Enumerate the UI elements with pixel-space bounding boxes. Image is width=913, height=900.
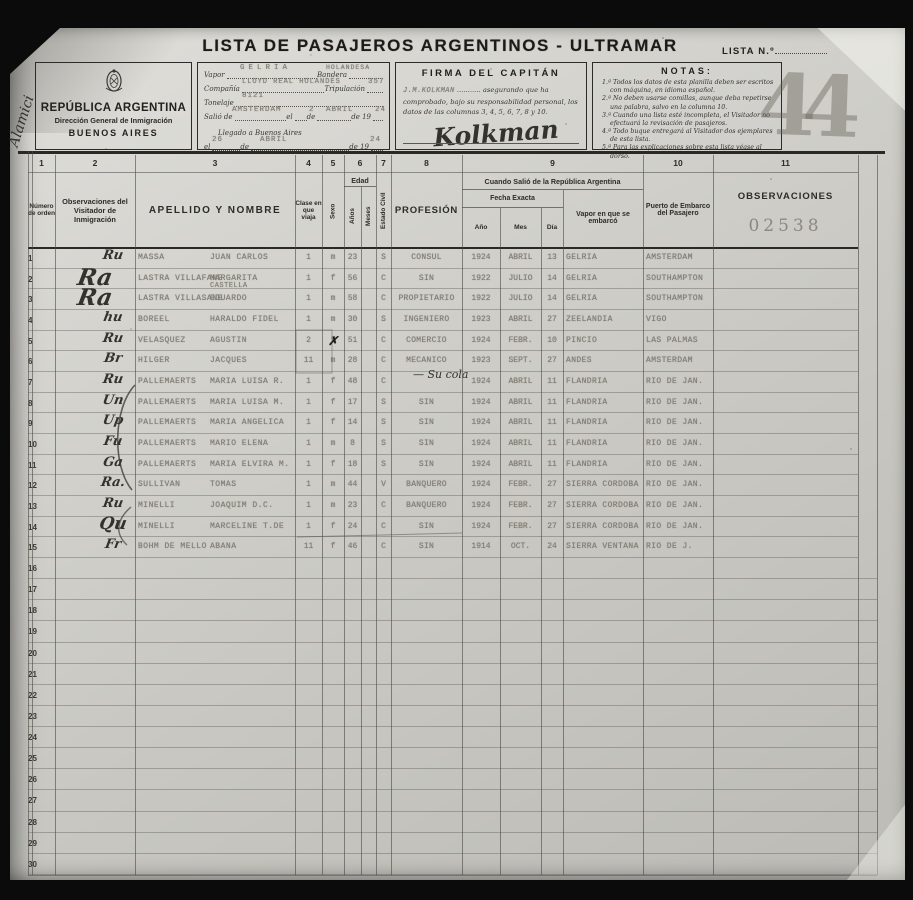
salida-ano: 1914 xyxy=(462,542,500,551)
notas-list: 1.ª Todos los datos de esta planilla deb… xyxy=(598,79,777,161)
form-line-llegado: el de de 19 xyxy=(204,143,383,151)
estado-civil: S xyxy=(376,315,391,324)
salida-mes: ABRIL xyxy=(500,315,541,324)
form-line-compania: Compañía Tripulación xyxy=(204,85,383,93)
table-row: 4 hu BOREEL HARALDO FIDEL 1 m 30 S INGEN… xyxy=(28,310,858,331)
vapor-embarco: SIERRA CORDOBA xyxy=(566,522,639,531)
edad-anos: 24 xyxy=(344,522,361,531)
edad-anos: 17 xyxy=(344,398,361,407)
clase-viaja: 1 xyxy=(295,274,322,283)
scanned-document: LISTA DE PASAJEROS ARGENTINOS - ULTRAMAR… xyxy=(0,0,913,900)
visitador-mark: Fu xyxy=(89,434,138,449)
visitador-mark: Ru xyxy=(89,248,138,263)
document-page: LISTA DE PASAJEROS ARGENTINOS - ULTRAMAR… xyxy=(10,28,905,880)
table-row: 8 Un PALLEMAERTS MARIA LUISA M. 1 f 17 S… xyxy=(28,393,858,414)
colnum-8: 8 xyxy=(391,158,462,168)
vapor-label: Vapor xyxy=(204,71,227,79)
colnum-11: 11 xyxy=(713,158,858,168)
nombre: MARIA LUISA R. xyxy=(210,377,284,386)
salida-mes: ABRIL xyxy=(500,377,541,386)
grid-line xyxy=(28,151,29,875)
colnum-9: 9 xyxy=(462,158,643,168)
profesion: SIN xyxy=(391,522,462,531)
table-row: 5 Ru VELASQUEZ AGUSTIN 2 f ✗ 51 C COMERC… xyxy=(28,331,858,352)
visitador-mark: Ga xyxy=(89,455,138,470)
visitador-mark: Ru xyxy=(89,331,138,346)
salida-mes: ABRIL xyxy=(500,418,541,427)
el-label: el xyxy=(286,113,294,121)
visitador-mark: Up xyxy=(89,413,138,428)
salida-ano: 1924 xyxy=(462,439,500,448)
edad-anos: 51 xyxy=(344,336,361,345)
colnum-4: 4 xyxy=(295,158,322,168)
salida-ano: 1924 xyxy=(462,418,500,427)
sexo: m xyxy=(322,253,344,262)
visitador-mark: Ru xyxy=(89,496,138,511)
vapor-embarco: SIERRA VENTANA xyxy=(566,542,639,551)
grid-line xyxy=(344,155,345,875)
grid-line xyxy=(563,190,564,875)
vapor-embarco: SIERRA CORDOBA xyxy=(566,501,639,510)
header-observaciones: OBSERVACIONES xyxy=(713,186,858,206)
sexo-overwrite-mark: ✗ xyxy=(322,334,344,348)
header-fecha-exacta: Fecha Exacta xyxy=(462,190,563,208)
lleg-month-blank xyxy=(251,143,349,151)
salida-mes: JULIO xyxy=(500,274,541,283)
edad-anos: 44 xyxy=(344,480,361,489)
sexo: f xyxy=(322,542,344,551)
vapor-value: GELRIA xyxy=(240,64,291,72)
visitador-mark: Ru xyxy=(89,372,138,387)
clase-viaja: 1 xyxy=(295,315,322,324)
salio-label: Salió de xyxy=(204,113,235,121)
estado-civil: S xyxy=(376,460,391,469)
table-top-rule xyxy=(18,151,885,154)
vapor-embarco: ZEELANDIA xyxy=(566,315,613,324)
puerto-embarco: RIO DE JAN. xyxy=(646,418,703,427)
clase-viaja: 1 xyxy=(295,522,322,531)
lleg-year-value: 24 xyxy=(370,136,381,144)
table-row: 3 Ra LASTRA VILLASANE EDUARDO 1 m 58 C P… xyxy=(28,289,858,310)
table-row: 12 Ra. SULLIVAN TOMAS 1 m 44 V BANQUERO … xyxy=(28,475,858,496)
llegado-label-line: Llegado a Buenos Aires xyxy=(204,129,383,137)
sexo: f xyxy=(322,274,344,283)
salida-dia: 27 xyxy=(541,480,563,489)
header-anos: Años xyxy=(344,188,361,244)
table-row: 11 Ga PALLEMAERTS MARIA ELVIRA M. 1 f 18… xyxy=(28,455,858,476)
header-mes: Mes xyxy=(500,209,541,245)
bandera-value: HOLANDESA xyxy=(326,64,370,71)
header-vapor-embarco: Vapor en que se embarcó xyxy=(563,191,643,245)
tripulacion-value: 357 xyxy=(368,78,385,86)
colnum-3: 3 xyxy=(135,158,295,168)
clase-viaja: 11 xyxy=(295,542,322,551)
apellido: VELASQUEZ xyxy=(138,336,186,345)
salida-dia: 11 xyxy=(541,377,563,386)
apellido: MASSA xyxy=(138,253,165,262)
estado-civil: C xyxy=(376,356,391,365)
nombre: JOAQUIM D.C. xyxy=(210,501,274,510)
sexo: f xyxy=(322,398,344,407)
salio-port-value: AMSTERDAM xyxy=(232,106,282,114)
table-row: 14 Qu MINELLI MARCELINE T.DE 1 f 24 C SI… xyxy=(28,517,858,538)
nombre: EDUARDO xyxy=(210,294,247,303)
salida-dia: 13 xyxy=(541,253,563,262)
puerto-embarco: VIGO xyxy=(646,315,667,324)
estado-civil: V xyxy=(376,480,391,489)
estado-civil: C xyxy=(376,542,391,551)
vapor-embarco: SIERRA CORDOBA xyxy=(566,480,639,489)
puerto-embarco: RIO DE JAN. xyxy=(646,460,703,469)
table-row: 15 Fr BOHM DE MELLO ABANA 11 f 46 C SIN … xyxy=(28,537,858,558)
estado-civil: S xyxy=(376,253,391,262)
clase-viaja: 11 xyxy=(295,356,322,365)
empty-table-row: 16 xyxy=(28,558,877,579)
lista-number-blank-line xyxy=(775,45,827,54)
puerto-embarco: LAS PALMAS xyxy=(646,336,698,345)
clase-viaja: 1 xyxy=(295,253,322,262)
salida-dia: 11 xyxy=(541,398,563,407)
nombre: TOMAS xyxy=(210,480,237,489)
salida-dia: 11 xyxy=(541,439,563,448)
captain-box: FIRMA DEL CAPITÁN J.M.KOLKMAN ..........… xyxy=(395,62,587,150)
signature-line xyxy=(403,143,579,144)
apellido: HILGER xyxy=(138,356,170,365)
grid-line xyxy=(391,155,392,875)
profesion-handwritten: — Su cola xyxy=(413,368,468,381)
empty-table-row: 25 xyxy=(28,748,877,769)
salida-ano: 1922 xyxy=(462,274,500,283)
estado-civil: C xyxy=(376,274,391,283)
puerto-embarco: RIO DE JAN. xyxy=(646,501,703,510)
profesion: SIN xyxy=(391,398,462,407)
puerto-embarco: RIO DE JAN. xyxy=(646,480,703,489)
empty-table-row: 18 xyxy=(28,600,877,621)
puerto-embarco: SOUTHAMPTON xyxy=(646,294,703,303)
page-title: LISTA DE PASAJEROS ARGENTINOS - ULTRAMAR xyxy=(185,36,695,56)
clase-viaja: 1 xyxy=(295,501,322,510)
grid-line xyxy=(376,155,377,875)
table-bottom-rule xyxy=(28,875,877,876)
salida-dia: 27 xyxy=(541,522,563,531)
apellido: PALLEMAERTS xyxy=(138,460,196,469)
salida-ano: 1924 xyxy=(462,460,500,469)
grid-line xyxy=(643,155,644,875)
notas-title: NOTAS: xyxy=(593,66,781,76)
nombre: MARIO ELENA xyxy=(210,439,268,448)
salida-mes: SEPT. xyxy=(500,356,541,365)
table-row: 7 Ru PALLEMAERTS MARIA LUISA R. 1 f 48 C… xyxy=(28,372,858,393)
empty-table-row: 28 xyxy=(28,812,877,833)
profesion: BANQUERO xyxy=(391,480,462,489)
estado-civil: C xyxy=(376,501,391,510)
apellido: SULLIVAN xyxy=(138,480,180,489)
grid-line xyxy=(295,155,296,875)
salida-dia: 27 xyxy=(541,315,563,324)
salida-mes: ABRIL xyxy=(500,460,541,469)
grid-line xyxy=(322,155,323,875)
grid-line xyxy=(32,151,33,875)
grid-line xyxy=(135,155,136,875)
empty-table-row: 26 xyxy=(28,769,877,790)
edad-anos: 18 xyxy=(344,460,361,469)
empty-table-row: 21 xyxy=(28,664,877,685)
salida-dia: 27 xyxy=(541,501,563,510)
clase-viaja: 1 xyxy=(295,294,322,303)
estado-civil: C xyxy=(376,294,391,303)
captain-statement: J.M.KOLKMAN ........... asegurando que h… xyxy=(403,85,579,117)
compania-label: Compañía xyxy=(204,85,242,93)
colnum-6: 6 xyxy=(344,158,376,168)
table-row: 13 Ru MINELLI JOAQUIM D.C. 1 m 23 C BANQ… xyxy=(28,496,858,517)
vapor-embarco: GELRIA xyxy=(566,253,597,262)
colnum-2: 2 xyxy=(55,158,135,168)
grid-line xyxy=(462,155,463,875)
sexo: m xyxy=(322,501,344,510)
edad-anos: 56 xyxy=(344,274,361,283)
vapor-embarco: FLANDRIA xyxy=(566,439,608,448)
org-city: BUENOS AIRES xyxy=(36,128,191,138)
lleg-day-blank xyxy=(212,143,240,151)
estado-civil: S xyxy=(376,439,391,448)
empty-table-row: 23 xyxy=(28,706,877,727)
puerto-embarco: RIO DE J. xyxy=(646,542,693,551)
apellido: PALLEMAERTS xyxy=(138,439,196,448)
header-dia: Día xyxy=(541,209,563,245)
estado-civil: C xyxy=(376,377,391,386)
header-observaciones-visitador: Observaciones del Visitador de Inmigraci… xyxy=(57,174,133,246)
table-row: 10 Fu PALLEMAERTS MARIO ELENA 1 m 8 S SI… xyxy=(28,434,858,455)
lleg-year-blank xyxy=(371,143,383,151)
clase-viaja: 1 xyxy=(295,418,322,427)
serial-number-stamp: 02538 xyxy=(713,216,858,236)
salida-dia: 11 xyxy=(541,460,563,469)
salida-dia: 14 xyxy=(541,274,563,283)
vapor-embarco: FLANDRIA xyxy=(566,398,608,407)
table-row: 1 Ru MASSA JUAN CARLOS 1 m 23 S CONSUL 1… xyxy=(28,248,858,269)
colnum-10: 10 xyxy=(643,158,713,168)
vapor-embarco: GELRIA xyxy=(566,294,597,303)
header-apellido-nombre: APELLIDO Y NOMBRE xyxy=(135,174,295,246)
sexo: m xyxy=(322,294,344,303)
nombre: HARALDO FIDEL xyxy=(210,315,279,324)
de2-label: de xyxy=(240,143,251,151)
nombre: JUAN CARLOS xyxy=(210,253,268,262)
visitador-mark: Qu xyxy=(88,514,138,534)
salio-blank xyxy=(235,113,287,121)
captain-title: FIRMA DEL CAPITÁN xyxy=(396,68,586,79)
nota-item: 1.ª Todos los datos de esta planilla deb… xyxy=(598,79,777,95)
apellido: PALLEMAERTS xyxy=(138,398,196,407)
el2-label: el xyxy=(204,143,212,151)
edad-anos: 14 xyxy=(344,418,361,427)
visitador-mark: Ra xyxy=(70,284,121,311)
profesion: COMERCIO xyxy=(391,336,462,345)
vapor-embarco: GELRIA xyxy=(566,274,597,283)
puerto-embarco: SOUTHAMPTON xyxy=(646,274,703,283)
edad-anos: 46 xyxy=(344,542,361,551)
salida-mes: FEBR. xyxy=(500,501,541,510)
visitador-mark: Br xyxy=(89,351,138,366)
header-estado-civil: Estado Civil xyxy=(376,178,391,244)
margin-handwriting: Alamici xyxy=(6,94,38,149)
de-label: de xyxy=(307,113,318,121)
salida-ano: 1924 xyxy=(462,398,500,407)
salida-dia: 27 xyxy=(541,356,563,365)
edad-anos: 48 xyxy=(344,377,361,386)
org-country: REPÚBLICA ARGENTINA xyxy=(36,102,191,114)
table-row: 9 Up PALLEMAERTS MARIA ANGELICA 1 f 14 S… xyxy=(28,413,858,434)
sexo: f xyxy=(322,460,344,469)
de192-label: de 19 xyxy=(349,143,371,151)
notas-box: NOTAS: 1.ª Todos los datos de esta plani… xyxy=(592,62,782,150)
empty-table-row: 24 xyxy=(28,727,877,748)
header-cuando-salio: Cuando Salió de la República Argentina xyxy=(462,174,643,190)
sexo: f xyxy=(322,522,344,531)
header-sexo: Sexo xyxy=(322,178,344,244)
nombre: MARCELINE T.DE xyxy=(210,522,284,531)
sexo: f xyxy=(322,377,344,386)
salida-ano: 1924 xyxy=(462,336,500,345)
clase-viaja: 2 xyxy=(295,336,322,345)
ship-form-box: Vapor Bandera GELRIA HOLANDESA Compañía … xyxy=(197,62,390,150)
salio-day-value: 2 xyxy=(309,106,315,114)
apellido: BOREEL xyxy=(138,315,170,324)
edad-anos: 58 xyxy=(344,294,361,303)
empty-table-row: 30 xyxy=(28,854,877,875)
edad-anos: 28 xyxy=(344,356,361,365)
visitador-mark: Fr xyxy=(89,537,138,552)
salio-month-blank xyxy=(317,113,351,121)
tripulacion-blank xyxy=(367,85,383,93)
grid-line xyxy=(858,155,859,875)
profesion: SIN xyxy=(391,418,462,427)
captain-typed-name: J.M.KOLKMAN xyxy=(403,87,455,95)
sexo: m xyxy=(322,315,344,324)
edad-anos: 23 xyxy=(344,501,361,510)
puerto-embarco: RIO DE JAN. xyxy=(646,439,703,448)
profesion: SIN xyxy=(391,542,462,551)
compania-value: LLOYD REAL HOLANDES xyxy=(242,78,341,86)
profesion: SIN xyxy=(391,439,462,448)
profesion: PROPIETARIO xyxy=(391,294,462,303)
salida-mes: FEBR. xyxy=(500,522,541,531)
nombre: AGUSTIN xyxy=(210,336,247,345)
table-row: 2 Ra LASTRA VILLAFANE MARGARITA CASTELLA… xyxy=(28,269,858,290)
profesion: BANQUERO xyxy=(391,501,462,510)
edad-anos: 30 xyxy=(344,315,361,324)
salida-dia: 11 xyxy=(541,418,563,427)
form-line-tonelaje: Tonelaje xyxy=(204,99,383,107)
org-box: REPÚBLICA ARGENTINA Dirección General de… xyxy=(35,62,192,150)
vapor-embarco: FLANDRIA xyxy=(566,377,608,386)
grid-line xyxy=(541,208,542,875)
sexo: f xyxy=(322,418,344,427)
salio-day-blank xyxy=(295,113,307,121)
salida-dia: 14 xyxy=(541,294,563,303)
visitador-mark: hu xyxy=(89,310,138,325)
visitador-mark: Un xyxy=(89,393,138,408)
sexo: m xyxy=(322,356,344,365)
apellido: BOHM DE MELLO xyxy=(138,542,207,551)
estado-civil: S xyxy=(376,398,391,407)
empty-table-row: 29 xyxy=(28,833,877,854)
salida-dia: 24 xyxy=(541,542,563,551)
header-profesion: PROFESIÓN xyxy=(391,174,462,246)
salida-mes: OCT. xyxy=(500,542,541,551)
salida-ano: 1923 xyxy=(462,356,500,365)
puerto-embarco: AMSTERDAM xyxy=(646,356,693,365)
empty-table-row: 19 xyxy=(28,621,877,642)
sexo: m xyxy=(322,439,344,448)
profesion: SIN xyxy=(391,274,462,283)
nota-item: 4.ª Todo buque entregará al Visitador do… xyxy=(598,128,777,144)
colnum-5: 5 xyxy=(322,158,344,168)
vapor-embarco: FLANDRIA xyxy=(566,418,608,427)
grid-line xyxy=(361,187,362,875)
grid-line xyxy=(713,155,714,875)
form-line-salio: Salió de el de de 19 xyxy=(204,113,383,121)
profesion: INGENIERO xyxy=(391,315,462,324)
page-number-stamp: 44 xyxy=(756,54,848,156)
salida-mes: JULIO xyxy=(500,294,541,303)
colnum-7: 7 xyxy=(376,158,391,168)
empty-table-row: 17 xyxy=(28,579,877,600)
org-department: Dirección General de Inmigración xyxy=(36,116,191,125)
tripulacion-label: Tripulación xyxy=(324,85,367,93)
estado-civil: C xyxy=(376,522,391,531)
salida-mes: FEBR. xyxy=(500,480,541,489)
visitador-mark: Ra. xyxy=(89,475,138,490)
salida-ano: 1924 xyxy=(462,501,500,510)
salida-mes: ABRIL xyxy=(500,398,541,407)
empty-table-row: 20 xyxy=(28,643,877,664)
nombre: MARIA ANGELICA xyxy=(210,418,284,427)
nota-item: 2.ª No deben usarse comillas, aunque deb… xyxy=(598,95,777,111)
header-meses: Meses xyxy=(361,188,376,244)
header-puerto-embarco: Puerto de Embarco del Pasajero xyxy=(643,176,713,244)
nombre: ABANA xyxy=(210,542,237,551)
tonelaje-value: 8121 xyxy=(242,92,264,100)
salida-mes: ABRIL xyxy=(500,439,541,448)
clase-viaja: 1 xyxy=(295,439,322,448)
vapor-embarco: ANDES xyxy=(566,356,592,365)
apellido: PALLEMAERTS xyxy=(138,418,196,427)
profesion: CONSUL xyxy=(391,253,462,262)
salio-year-blank xyxy=(373,113,383,121)
colnum-row-rule xyxy=(28,172,858,173)
salida-ano: 1923 xyxy=(462,315,500,324)
header-ano: Año xyxy=(462,209,500,245)
grid-line xyxy=(877,155,878,875)
puerto-embarco: RIO DE JAN. xyxy=(646,398,703,407)
salida-ano: 1924 xyxy=(462,480,500,489)
salida-dia: 10 xyxy=(541,336,563,345)
captain-signature: Kolkman xyxy=(425,114,567,153)
estado-civil: S xyxy=(376,418,391,427)
clase-viaja: 1 xyxy=(295,377,322,386)
tonelaje-label: Tonelaje xyxy=(204,99,236,107)
nombre: JACQUES xyxy=(210,356,247,365)
salida-mes: ABRIL xyxy=(500,253,541,262)
clase-viaja: 1 xyxy=(295,460,322,469)
salida-mes: FEBR. xyxy=(500,336,541,345)
empty-table-row: 27 xyxy=(28,790,877,811)
salida-ano: 1924 xyxy=(462,522,500,531)
puerto-embarco: RIO DE JAN. xyxy=(646,377,703,386)
edad-anos: 8 xyxy=(344,439,361,448)
profesion: MECANICO xyxy=(391,356,462,365)
